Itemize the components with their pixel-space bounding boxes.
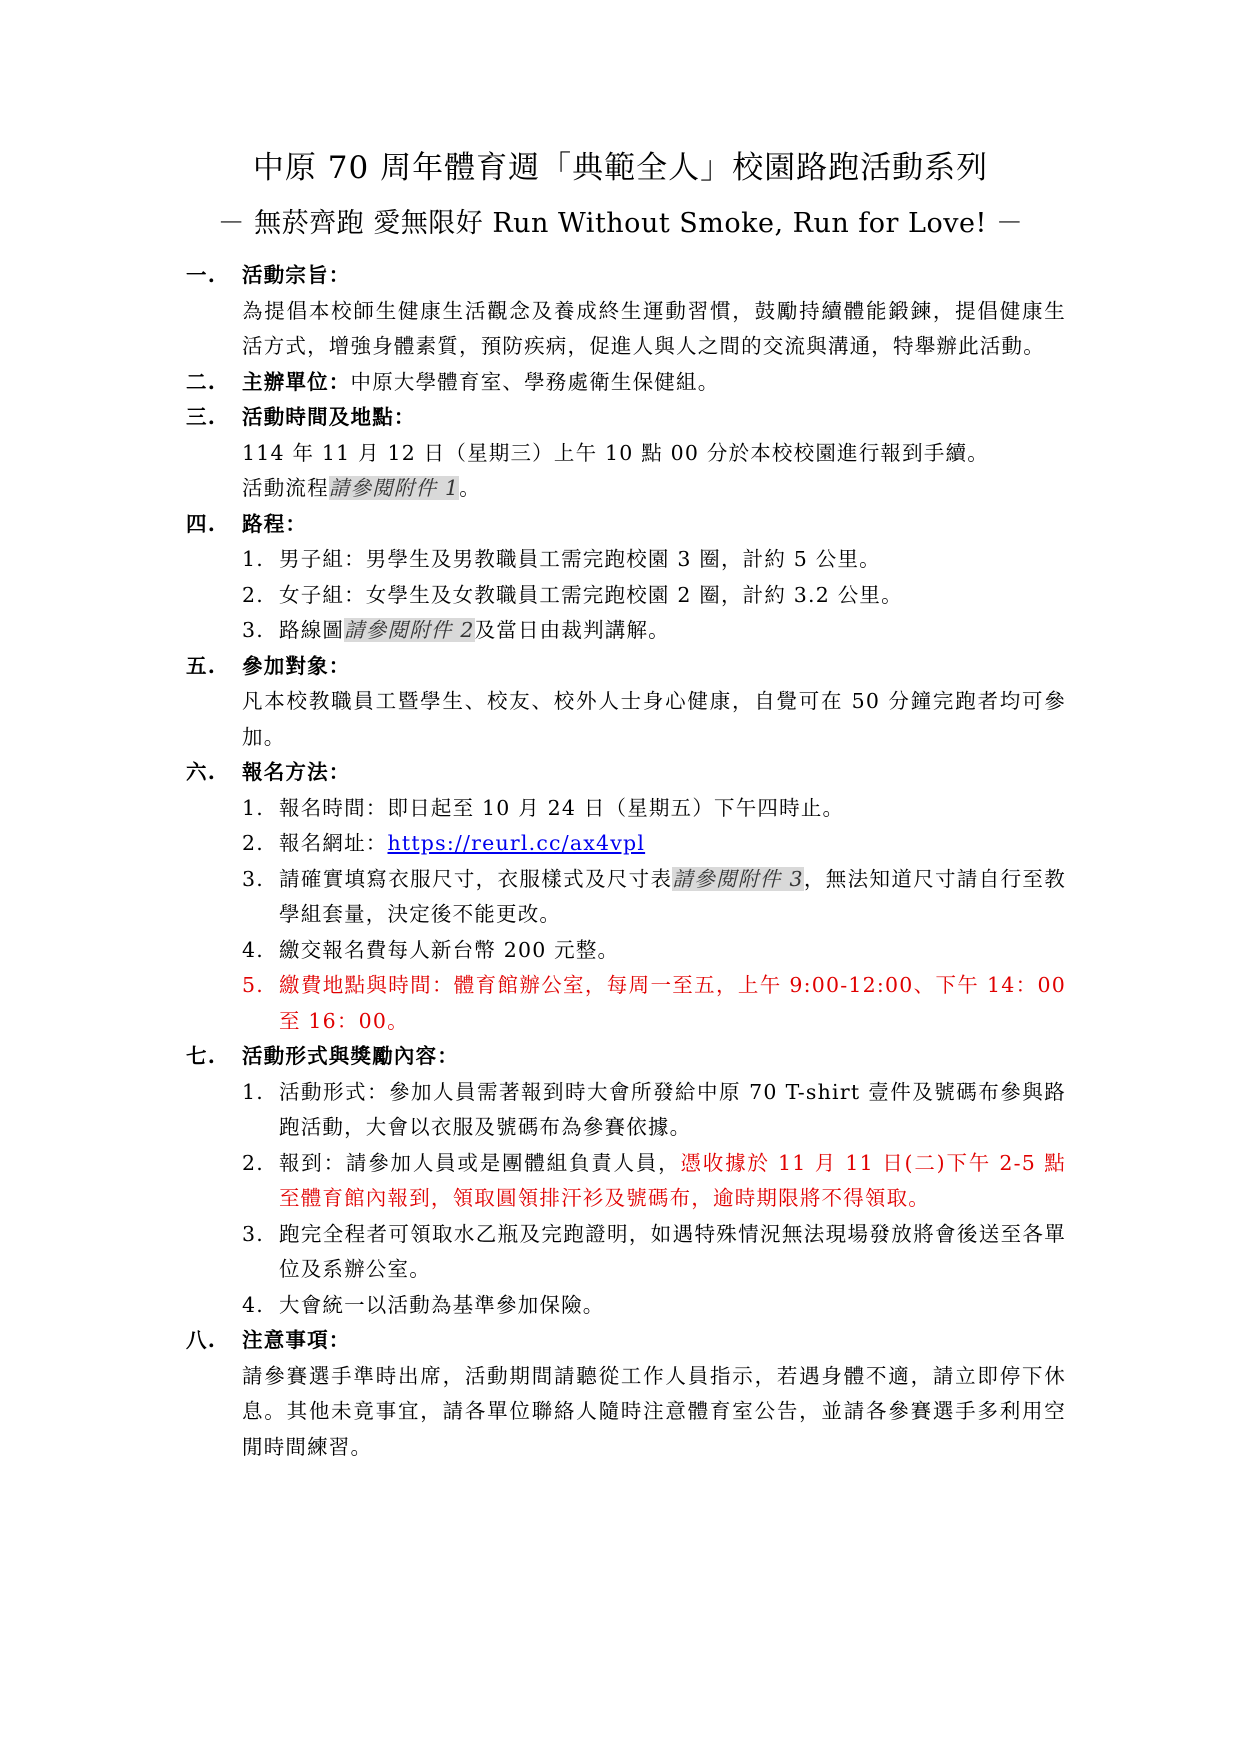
- attachment-3-reference: 請參閱附件 3: [672, 867, 803, 891]
- page-title: 中原 70 周年體育週「典範全人」校園路跑活動系列: [0, 146, 1241, 190]
- notes-paragraph: 請參賽選手準時出席，活動期間請聽從工作人員指示，若遇身體不適，請立即停下休息。其…: [186, 1359, 1066, 1466]
- document-body: 一. 活動宗旨： 為提倡本校師生健康生活觀念及養成終生運動習慣，鼓勵持續體能鍛鍊…: [186, 258, 1066, 1465]
- list-item-payment-notice: 5. 繳費地點與時間：體育館辦公室，每周一至五，上午 9:00-12:00、下午…: [186, 968, 1066, 1039]
- list-item: 2. 報到：請參加人員或是團體組負責人員，憑收據於 11 月 11 日(二)下午…: [186, 1146, 1066, 1217]
- list-item: 1. 活動形式：參加人員需著報到時大會所發給中原 70 T-shirt 壹件及號…: [186, 1075, 1066, 1146]
- section-heading-participants: 五. 參加對象：: [186, 649, 1066, 685]
- schedule-reference: 活動流程請參閱附件 1。: [186, 471, 1066, 507]
- participants-paragraph: 凡本校教職員工暨學生、校友、校外人士身心健康，自覺可在 50 分鐘完跑者均可參加…: [186, 684, 1066, 755]
- list-item: 3. 路線圖請參閱附件 2及當日由裁判講解。: [186, 613, 1066, 649]
- list-item: 3. 請確實填寫衣服尺寸，衣服樣式及尺寸表請參閱附件 3，無法知道尺寸請自行至教…: [186, 862, 1066, 933]
- section-heading-registration: 六. 報名方法：: [186, 755, 1066, 791]
- section-heading-route: 四. 路程：: [186, 507, 1066, 543]
- list-item: 2. 報名網址：https://reurl.cc/ax4vpl: [186, 826, 1066, 862]
- list-item: 1. 報名時間：即日起至 10 月 24 日（星期五）下午四時止。: [186, 791, 1066, 827]
- section-heading-time-place: 三. 活動時間及地點：: [186, 400, 1066, 436]
- page-subtitle: － 無菸齊跑 愛無限好 Run Without Smoke, Run for L…: [0, 204, 1241, 244]
- time-place-paragraph: 114 年 11 月 12 日（星期三）上午 10 點 00 分於本校校園進行報…: [186, 436, 1066, 472]
- section-heading-purpose: 一. 活動宗旨：: [186, 258, 1066, 294]
- document-page: 中原 70 周年體育週「典範全人」校園路跑活動系列 － 無菸齊跑 愛無限好 Ru…: [0, 0, 1241, 1755]
- attachment-2-reference: 請參閱附件 2: [344, 618, 474, 642]
- section-heading-format-rewards: 七. 活動形式與獎勵內容：: [186, 1039, 1066, 1075]
- list-item: 4. 繳交報名費每人新台幣 200 元整。: [186, 933, 1066, 969]
- section-heading-notes: 八. 注意事項：: [186, 1323, 1066, 1359]
- list-item: 4. 大會統一以活動為基準參加保險。: [186, 1288, 1066, 1324]
- attachment-1-reference: 請參閱附件 1: [329, 476, 459, 500]
- list-item: 3. 跑完全程者可領取水乙瓶及完跑證明，如遇特殊情況無法現場發放將會後送至各單位…: [186, 1217, 1066, 1288]
- organizer-text: 中原大學體育室、學務處衛生保健組。: [351, 365, 720, 401]
- registration-link[interactable]: https://reurl.cc/ax4vpl: [388, 831, 646, 855]
- list-item: 1. 男子組：男學生及男教職員工需完跑校園 3 圈，計約 5 公里。: [186, 542, 1066, 578]
- purpose-paragraph: 為提倡本校師生健康生活觀念及養成終生運動習慣，鼓勵持續體能鍛鍊，提倡健康生活方式…: [186, 294, 1066, 365]
- section-heading-organizer: 二. 主辦單位： 中原大學體育室、學務處衛生保健組。: [186, 365, 1066, 401]
- list-item: 2. 女子組：女學生及女教職員工需完跑校園 2 圈，計約 3.2 公里。: [186, 578, 1066, 614]
